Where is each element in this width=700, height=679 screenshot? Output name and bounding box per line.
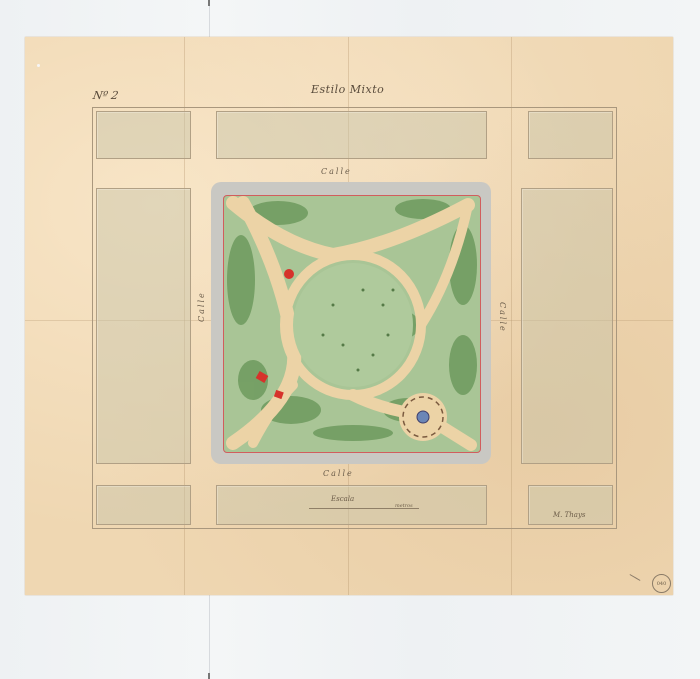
- fountain: [417, 411, 429, 423]
- street-label-left: Calle: [197, 291, 206, 322]
- city-block-bottom-left: [96, 485, 191, 525]
- park-plan: [223, 195, 479, 451]
- city-block-left: [96, 188, 191, 464]
- scanner-tick-bottom: [208, 673, 210, 679]
- pencil-mark: [630, 574, 641, 581]
- city-block-top-center: [216, 111, 487, 159]
- central-lawn: [293, 263, 413, 387]
- plate-number: Nº 2: [92, 89, 120, 102]
- round-pavilion: [284, 269, 294, 279]
- street-label-right: Calle: [498, 302, 507, 333]
- street-label-top: Calle: [321, 167, 352, 176]
- city-block-right: [521, 188, 613, 464]
- scanner-tick-top: [208, 0, 210, 6]
- author-signature: M. Thays: [553, 511, 586, 519]
- street-label-bottom: Calle: [323, 469, 354, 478]
- scale-label: Escala: [331, 495, 354, 503]
- archive-stamp: 040: [652, 574, 671, 593]
- scale-unit: metros: [395, 503, 413, 509]
- city-block-top-left: [96, 111, 191, 159]
- city-block-top-right: [528, 111, 613, 159]
- pin-hole: [37, 64, 40, 67]
- city-block-bottom-right: [528, 485, 613, 525]
- map-title: Estilo Mixto: [311, 83, 384, 96]
- map-sheet: Nº 2 Estilo Mixto Calle Calle Calle Call…: [25, 37, 673, 595]
- city-block-bottom-center: [216, 485, 487, 525]
